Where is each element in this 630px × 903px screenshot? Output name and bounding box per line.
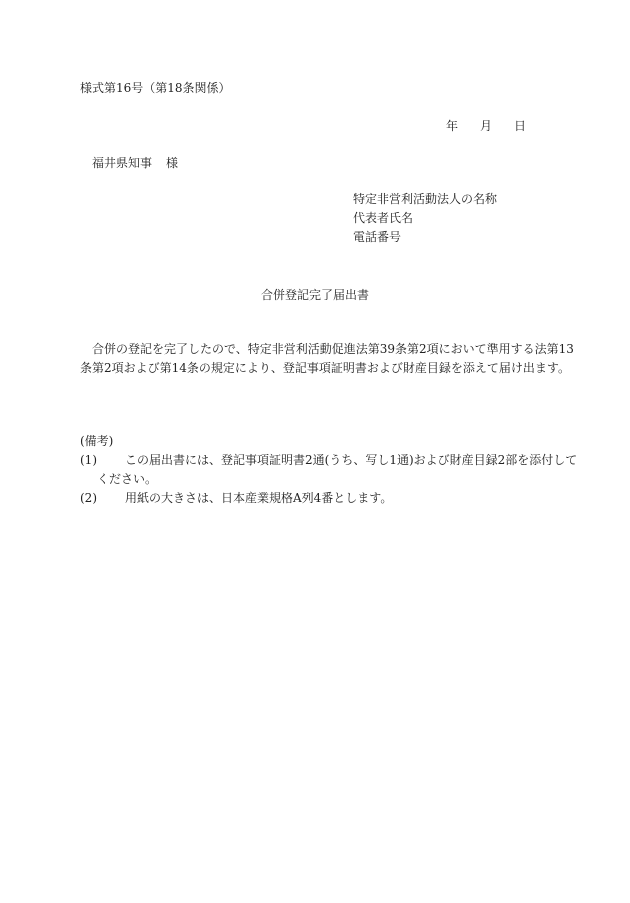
addressee-honorific: 様 xyxy=(166,156,178,170)
org-name-label: 特定非営利活動法人の名称 xyxy=(353,193,497,212)
body-paragraph: 合併の登記を完了したので、特定非営利活動促進法第39条第2項において準用する法第… xyxy=(80,343,574,381)
year-label: 年 xyxy=(446,120,458,132)
addressee: 福井県知事様 xyxy=(92,157,178,169)
remark-text-cont: ください。 xyxy=(97,473,157,492)
form-number: 様式第16号（第18条関係） xyxy=(80,82,231,94)
date-field: 年月日 xyxy=(446,120,526,132)
remark-item-2: (2)用紙の大きさは、日本産業規格A列4番とします。 xyxy=(80,492,577,511)
remark-item-1-cont: ください。 xyxy=(80,473,577,492)
body-line-1: 合併の登記を完了したので、特定非営利活動促進法第39条第2項において準用する法第… xyxy=(80,343,574,362)
document-title: 合併登記完了届出書 xyxy=(0,289,630,301)
body-line-2: 条第2項および第14条の規定により、登記事項証明書および財産目録を添えて届け出ま… xyxy=(80,362,574,381)
remark-text: この届出書には、登記事項証明書2通(うち、写し1通)および財産目録2部を添付して xyxy=(125,454,577,473)
remark-text: 用紙の大きさは、日本産業規格A列4番とします。 xyxy=(125,492,392,511)
remarks-heading-text: (備考) xyxy=(80,435,113,454)
remarks-section: (備考) (1)この届出書には、登記事項証明書2通(うち、写し1通)および財産目… xyxy=(80,435,577,511)
document-title-text: 合併登記完了届出書 xyxy=(261,288,369,302)
addressee-name: 福井県知事 xyxy=(92,156,152,170)
representative-label: 代表者氏名 xyxy=(353,212,497,231)
phone-label: 電話番号 xyxy=(353,231,497,250)
day-label: 日 xyxy=(514,120,526,132)
remark-number: (1) xyxy=(80,454,108,473)
remark-item-1: (1)この届出書には、登記事項証明書2通(うち、写し1通)および財産目録2部を添… xyxy=(80,454,577,473)
remark-number: (2) xyxy=(80,492,108,511)
month-label: 月 xyxy=(480,120,492,132)
applicant-block: 特定非営利活動法人の名称 代表者氏名 電話番号 xyxy=(353,193,497,250)
remarks-heading: (備考) xyxy=(80,435,577,454)
